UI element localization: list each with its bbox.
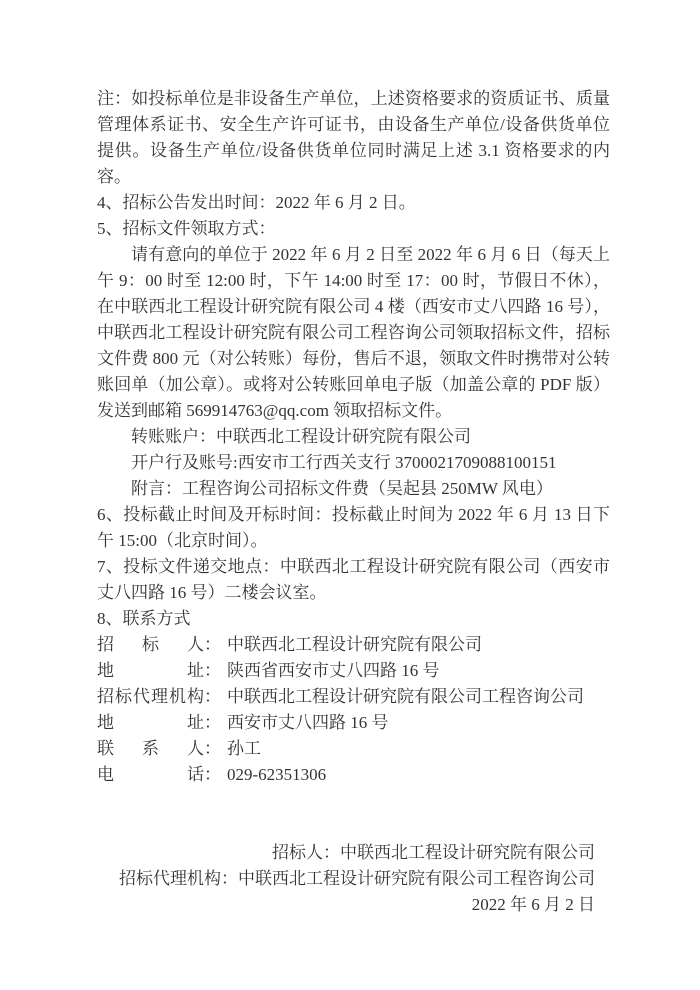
bank-account-line: 开户行及账号:西安市工行西关支行 3700021709088100151 [97, 450, 610, 476]
contact-colon: ： [204, 736, 221, 762]
contact-label-bidder: 招标人 [97, 632, 204, 658]
contact-row-agency-address: 地址：西安市丈八四路 16 号 [97, 710, 610, 736]
contact-colon: ： [204, 710, 221, 736]
contact-value-agency: 中联西北工程设计研究院有限公司工程咨询公司 [227, 687, 584, 706]
transfer-account-line: 转账账户：中联西北工程设计研究院有限公司 [97, 424, 610, 450]
item-4-announcement-date: 4、招标公告发出时间：2022 年 6 月 2 日。 [97, 190, 610, 216]
contact-value-bidder: 中联西北工程设计研究院有限公司 [227, 635, 482, 654]
contact-row-contact-person: 联系人：孙工 [97, 736, 610, 762]
contact-label-address: 地址 [97, 710, 204, 736]
contact-value-address: 西安市丈八四路 16 号 [227, 713, 389, 732]
contact-label-person: 联系人 [97, 736, 204, 762]
contact-colon: ： [204, 762, 221, 788]
item-8-heading: 8、联系方式 [97, 606, 610, 632]
note-paragraph: 注：如投标单位是非设备生产单位，上述资格要求的资质证书、质量管理体系证书、安全生… [97, 86, 610, 190]
signature-bidder-line: 招标人：中联西北工程设计研究院有限公司 [97, 840, 595, 866]
contact-colon: ： [204, 658, 221, 684]
contact-colon: ： [204, 684, 221, 710]
contact-row-bidder: 招标人：中联西北工程设计研究院有限公司 [97, 632, 610, 658]
signature-agency-line: 招标代理机构：中联西北工程设计研究院有限公司工程咨询公司 [97, 866, 595, 892]
contact-label-phone: 电话 [97, 762, 204, 788]
contact-row-phone: 电话：029-62351306 [97, 762, 610, 788]
document-body: 注：如投标单位是非设备生产单位，上述资格要求的资质证书、质量管理体系证书、安全生… [97, 86, 610, 918]
contact-row-bidder-address: 地址：陕西省西安市丈八四路 16 号 [97, 658, 610, 684]
item-5-body: 请有意向的单位于 2022 年 6 月 2 日至 2022 年 6 月 6 日（… [97, 242, 610, 424]
signature-block: 招标人：中联西北工程设计研究院有限公司 招标代理机构：中联西北工程设计研究院有限… [97, 840, 610, 918]
memo-line: 附言：工程咨询公司招标文件费（吴起县 250MW 风电） [97, 476, 610, 502]
contact-value-address: 陕西省西安市丈八四路 16 号 [227, 661, 440, 680]
contact-label-address: 地址 [97, 658, 204, 684]
signature-date-line: 2022 年 6 月 2 日 [97, 892, 595, 918]
contact-label-agency: 招标代理机构 [97, 684, 204, 710]
item-5-heading: 5、招标文件领取方式： [97, 216, 610, 242]
contact-value-person: 孙工 [227, 739, 261, 758]
document-page: 注：如投标单位是非设备生产单位，上述资格要求的资质证书、质量管理体系证书、安全生… [0, 0, 700, 990]
item-6-deadline: 6、投标截止时间及开标时间：投标截止时间为 2022 年 6 月 13 日下午 … [97, 502, 610, 554]
contact-value-phone: 029-62351306 [227, 765, 326, 784]
item-7-delivery-location: 7、投标文件递交地点：中联西北工程设计研究院有限公司（西安市丈八四路 16 号）… [97, 554, 610, 606]
contact-row-agency: 招标代理机构：中联西北工程设计研究院有限公司工程咨询公司 [97, 684, 610, 710]
contact-colon: ： [204, 632, 221, 658]
